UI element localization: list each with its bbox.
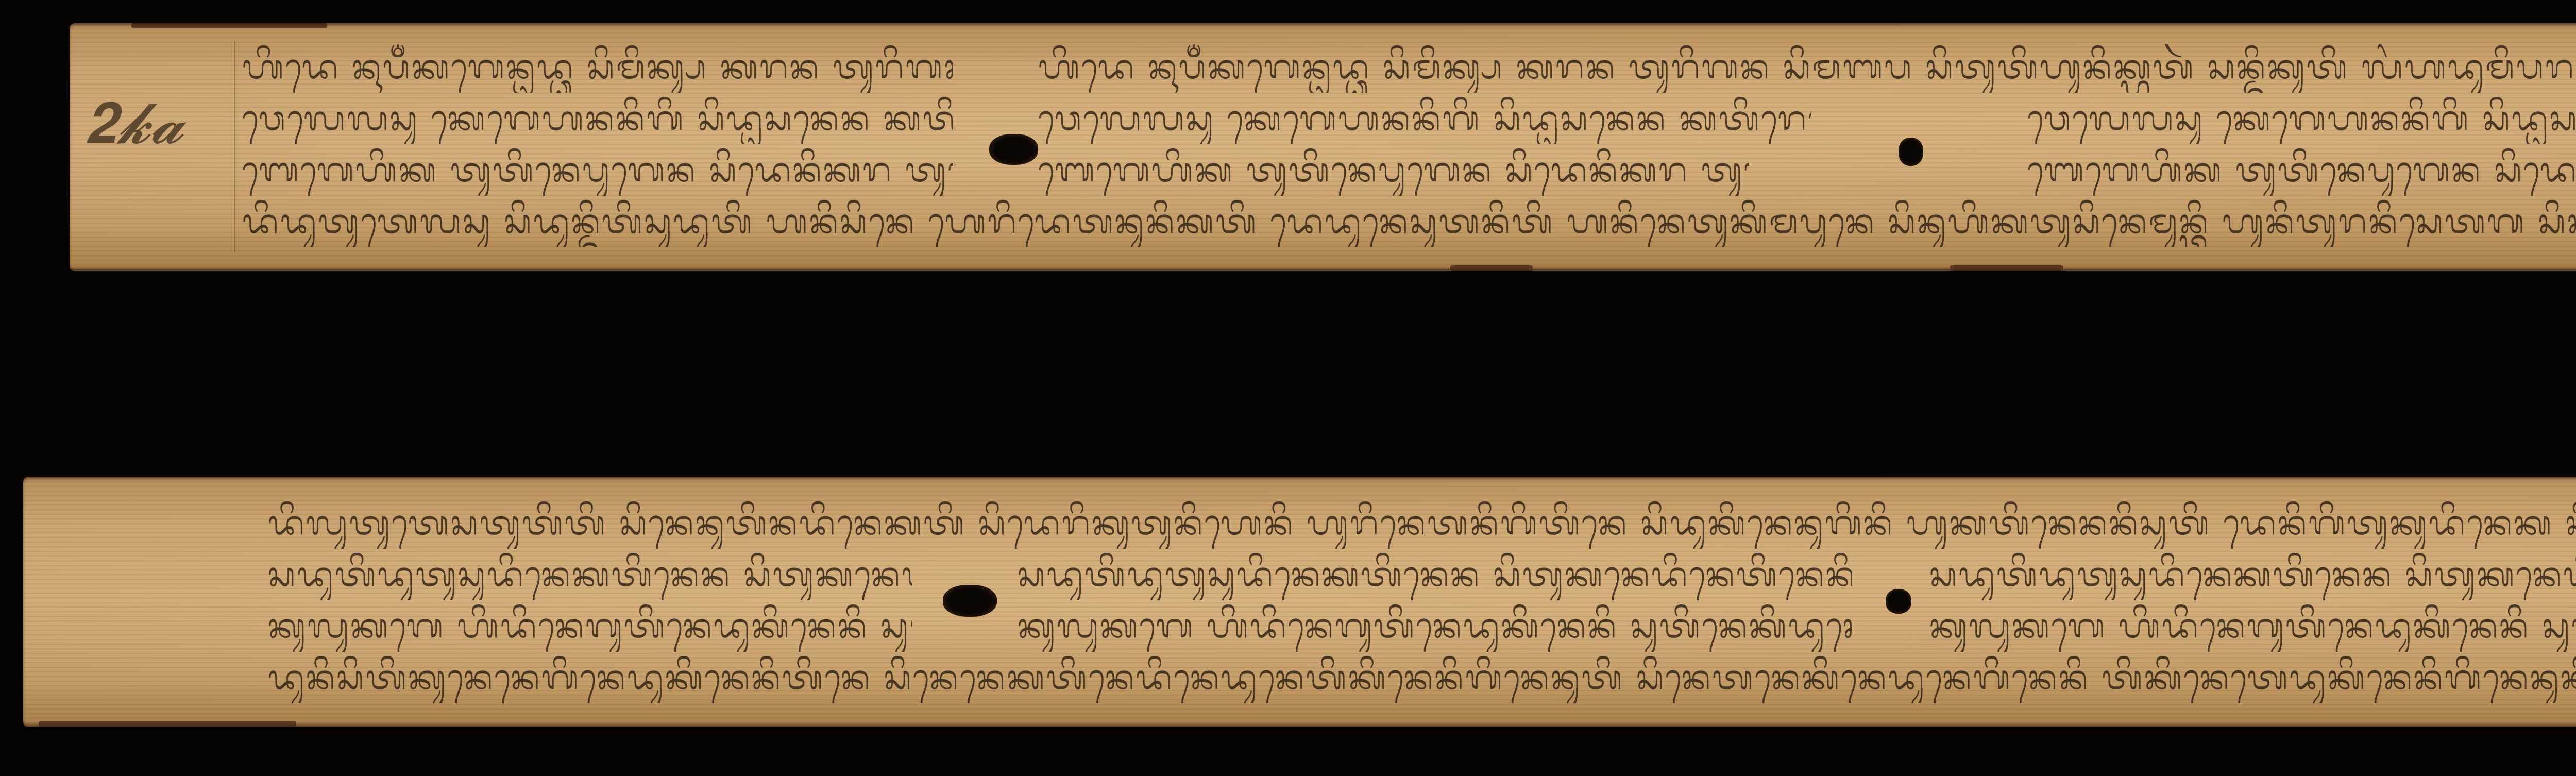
- text-block-center: ᬲᬤᬸᬢᬶᬤᬸᬢᬸᬲᬸᬤᬶᬦᬾᬓᬢᬶᬦᬾᬦ ᬲᬶᬢᬸᬓᬦᬾᬤᬶᬦᬾᬢᬶᬦᬾᬦᬶ …: [1018, 549, 1852, 652]
- palm-leaf-manuscript-bottom: ᬤᬶᬮᬸᬢᬸᬢᬾᬲᬢᬸᬢᬶᬢᬶ ᬲᬶᬦᬾᬦᬸᬢᬶᬦᬤᬶᬦᬾᬓᬢᬶ ᬲᬶᬤᬾᬭᬶᬓ…: [23, 477, 2576, 727]
- binding-hole: [1886, 589, 1911, 614]
- script-line: ᬩᬾᬕᬾᬳᬶᬓ ᬢᬸᬢᬶᬦᬾᬧᬸᬕᬾᬦ ᬲᬶᬤᬾᬦᬶᬓᬭ ᬢᬸᬢᬶᬢᬦ ᬲᬶᬤᬶ…: [242, 144, 953, 196]
- script-line: ᬯᬾᬮᬾᬮᬲᬸ ᬓᬾᬕᬾᬳᬦᬦᬶᬕᬶ ᬲᬶᬤᬺᬲᬦᬾᬦ ᬓᬢᬶᬭᬾᬦᬾᬢᬸᬳᬶᬓ…: [1038, 93, 1811, 144]
- script-line: ᬳᬶᬤᬾ ᬦᬹᬧᬁᬓᬕᬾᬦᬺᬤ᭄ᬥ ᬲᬶᬫᬶᬓ᭄ᬲ ᬓᬭᬦ ᬢᬸᬭᬶᬕᬦ ᬲᬶᬫ…: [1038, 41, 2576, 93]
- page-number-marker: 𝟐𝓴𝓪: [85, 90, 183, 157]
- text-block-right: ᬲᬤᬸᬢᬶᬤᬸᬢᬸᬲᬸᬤᬶᬦᬾᬓᬢᬶᬦᬾᬦ ᬲᬶᬢᬸᬓᬦᬾᬤᬶᬦᬾᬢᬶᬦᬾᬦᬶ …: [1929, 549, 2576, 652]
- script-line: ᬓᬸᬮᬸᬓᬕᬾ ᬳᬶᬤᬶᬦᬾᬕᬸᬢᬶᬦᬾᬤᬸᬓᬶᬦᬾᬦᬶ ᬲᬸᬢᬶᬦᬾᬓᬶᬤᬸᬦ…: [1929, 600, 2576, 652]
- script-line: ᬤᬶᬮᬸᬢᬸᬢᬾᬲᬢᬸᬢᬶᬢᬶ ᬲᬶᬦᬾᬦᬸᬢᬶᬦᬤᬶᬦᬾᬓᬢᬶ ᬲᬶᬤᬾᬭᬶᬓ…: [268, 497, 2576, 549]
- script-line: ᬓᬸᬮᬸᬓᬕᬾ ᬳᬶᬤᬶᬦᬾᬕᬸᬢᬶᬦᬾᬤᬸᬓᬶᬦᬾᬦᬶ ᬲᬸᬢᬶᬦᬾᬓᬶᬤᬸᬦ…: [268, 600, 912, 652]
- script-line: ᬓᬸᬮᬸᬓᬕᬾ ᬳᬶᬤᬶᬦᬾᬕᬸᬢᬶᬦᬾᬤᬸᬓᬶᬦᬾᬦᬶ ᬲᬸᬢᬶᬦᬾᬓᬶᬤᬸᬦ…: [1018, 600, 1852, 652]
- edge-wear: [39, 721, 296, 727]
- binding-hole: [989, 134, 1038, 165]
- palm-leaf-manuscript-top: 𝟐𝓴𝓪 ᬳᬶᬤᬾ ᬦᬹᬧᬁᬓᬕᬾᬦᬺᬤ᭄ᬥ ᬲᬶᬫᬶᬓ᭄ᬲ ᬓᬭᬦ ᬢᬸᬭᬶᬕᬦ…: [70, 23, 2576, 271]
- text-block-left: ᬲᬤᬸᬢᬶᬤᬸᬢᬸᬲᬸᬤᬶᬦᬾᬓᬢᬶᬦᬾᬦ ᬲᬶᬢᬸᬓᬦᬾᬤᬶᬦᬾᬢᬶᬦᬾᬦᬶ …: [268, 549, 912, 652]
- margin-rule: [234, 41, 235, 252]
- script-line: ᬤᬶᬤᬸᬢᬸᬢᬾᬮᬲᬸ ᬲᬶᬤᬸᬦ᭄ᬤᬶᬢᬶᬲᬸᬤᬸᬢᬶ ᬳᬦᬶᬲᬶᬦᬾ ᬳᬾᬭ…: [242, 196, 2576, 247]
- text-block-line-1: ᬤᬶᬮᬸᬢᬸᬢᬾᬲᬢᬸᬢᬶᬢᬶ ᬲᬶᬦᬾᬦᬸᬢᬶᬦᬤᬶᬦᬾᬓᬢᬶ ᬲᬶᬤᬾᬭᬶᬓ…: [268, 497, 2576, 549]
- script-line: ᬩᬾᬕᬾᬳᬶᬓ ᬢᬸᬢᬶᬦᬾᬧᬸᬕᬾᬦ ᬲᬶᬤᬾᬦᬶᬓᬭ ᬢᬸᬢᬶᬢᬦ ᬲᬶᬤᬶ…: [2027, 144, 2576, 196]
- script-line: ᬲᬤᬸᬢᬶᬤᬸᬢᬸᬲᬸᬤᬶᬦᬾᬓᬢᬶᬦᬾᬦ ᬲᬶᬢᬸᬓᬦᬾᬤᬶᬦᬾᬢᬶᬦᬾᬦᬶ …: [1929, 549, 2576, 600]
- text-block-line-4: ᬤᬸᬦᬶᬲᬶᬢᬶᬓᬸᬦᬾᬦᬾᬕᬶᬦᬾᬤᬸᬓᬶᬦᬾᬦᬶᬢᬶᬦᬾ ᬲᬶᬦᬾᬦᬾᬓᬢᬶ…: [268, 652, 2576, 703]
- script-line: ᬯᬾᬮᬾᬮᬲᬸ ᬓᬾᬕᬾᬳᬦᬦᬶᬕᬶ ᬲᬶᬤᬺᬲᬦᬾᬦ ᬓᬢᬶᬭᬾᬦᬾᬢᬸᬳᬶᬓ…: [242, 93, 953, 144]
- text-block-right: ᬯᬾᬮᬾᬮᬲᬸ ᬓᬾᬕᬾᬳᬦᬦᬶᬕᬶ ᬲᬶᬤᬺᬲᬦᬾᬦ ᬓᬢᬶᬭᬾᬦᬾᬢᬸᬳᬶᬓ…: [2027, 93, 2576, 196]
- edge-wear: [1450, 265, 1533, 271]
- script-line: ᬲᬤᬸᬢᬶᬤᬸᬢᬸᬲᬸᬤᬶᬦᬾᬓᬢᬶᬦᬾᬦ ᬲᬶᬢᬸᬓᬦᬾᬤᬶᬦᬾᬢᬶᬦᬾᬦᬶ …: [268, 549, 912, 600]
- script-line: ᬲᬤᬸᬢᬶᬤᬸᬢᬸᬲᬸᬤᬶᬦᬾᬓᬢᬶᬦᬾᬦ ᬲᬶᬢᬸᬓᬦᬾᬤᬶᬦᬾᬢᬶᬦᬾᬦᬶ …: [1018, 549, 1852, 600]
- text-block-left: ᬳᬶᬤᬾ ᬦᬹᬧᬁᬓᬕᬾᬦᬺᬤ᭄ᬥ ᬲᬶᬫᬶᬓ᭄ᬲ ᬓᬭᬦ ᬢᬸᬭᬶᬕᬦ ᬲᬶᬫ…: [242, 41, 953, 247]
- edge-wear: [1950, 265, 2063, 271]
- script-line: ᬯᬾᬮᬾᬮᬲᬸ ᬓᬾᬕᬾᬳᬦᬦᬶᬕᬶ ᬲᬶᬤᬺᬲᬦᬾᬦ ᬓᬢᬶᬭᬾᬦᬾᬢᬸᬳᬶᬓ…: [2027, 93, 2576, 144]
- script-line: ᬤᬸᬦᬶᬲᬶᬢᬶᬓᬸᬦᬾᬦᬾᬕᬶᬦᬾᬤᬸᬓᬶᬦᬾᬦᬶᬢᬶᬦᬾ ᬲᬶᬦᬾᬦᬾᬓᬢᬶ…: [268, 652, 2576, 703]
- binding-hole: [943, 585, 997, 617]
- script-line: ᬳᬶᬤᬾ ᬦᬹᬧᬁᬓᬕᬾᬦᬺᬤ᭄ᬥ ᬲᬶᬫᬶᬓ᭄ᬲ ᬓᬭᬦ ᬢᬸᬭᬶᬕᬦ ᬲᬶᬫ…: [242, 41, 953, 93]
- script-line: ᬩᬾᬕᬾᬳᬶᬓ ᬢᬸᬢᬶᬦᬾᬧᬸᬕᬾᬦ ᬲᬶᬤᬾᬦᬶᬓᬭ ᬢᬸᬢᬶᬢᬦ ᬲᬶᬤᬶ…: [1038, 144, 1749, 196]
- edge-wear: [131, 23, 327, 28]
